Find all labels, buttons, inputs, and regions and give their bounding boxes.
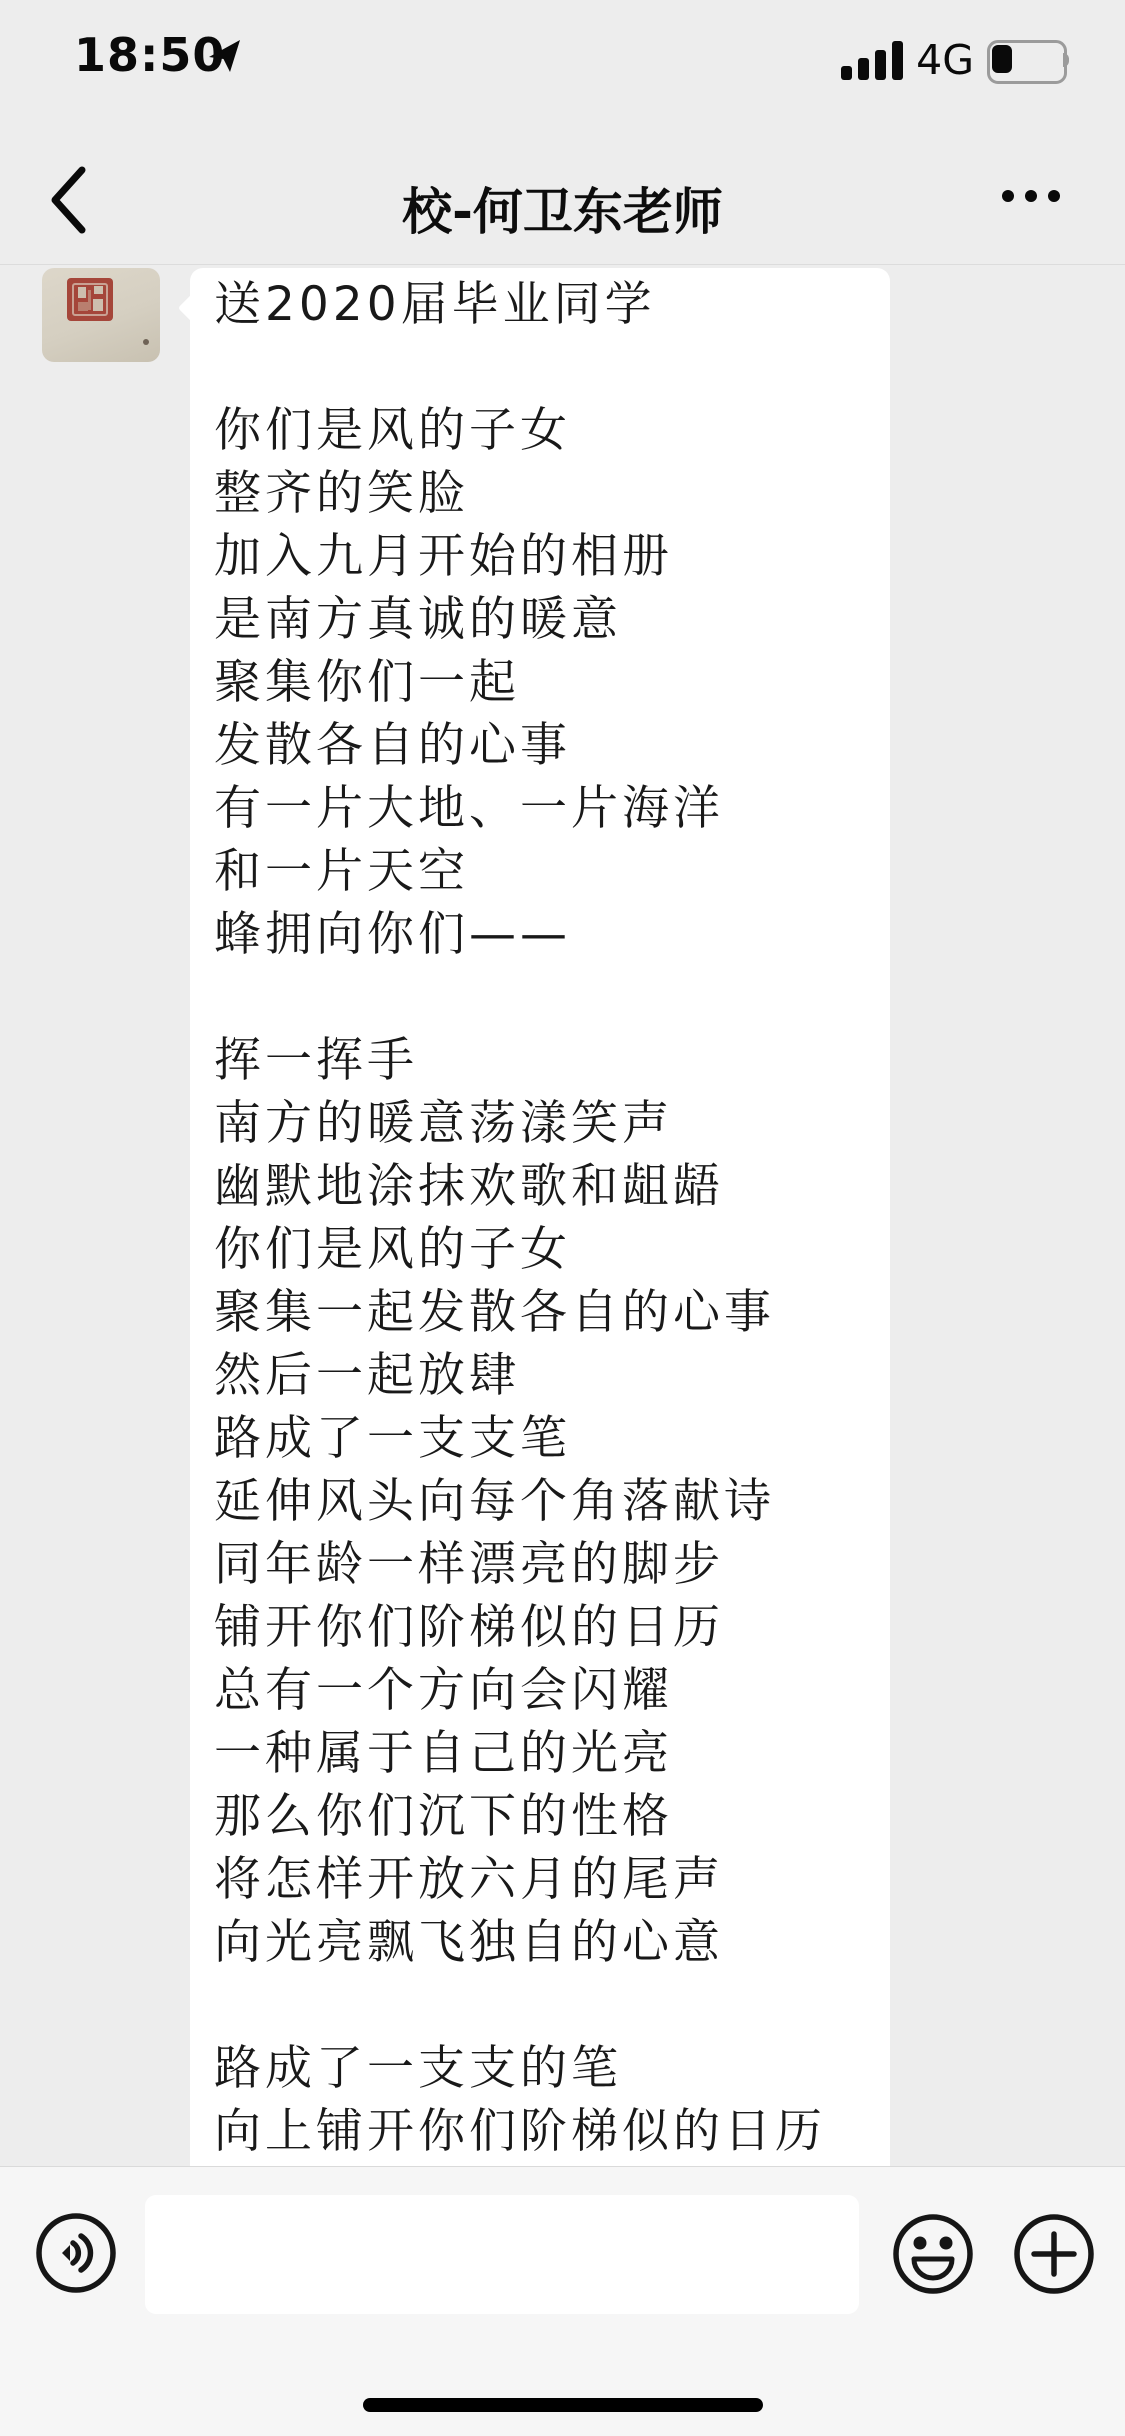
message-line: 整齐的笑脸 — [214, 462, 870, 525]
message-input[interactable] — [145, 2195, 859, 2314]
header: 18:50 4G 校-何卫东老师 — [0, 0, 1125, 265]
message-line: 路成了一支支的笔 — [214, 2037, 870, 2100]
message-line: 发散各自的心事 — [214, 714, 870, 777]
message-line: 聚集一起发散各自的心事 — [214, 1281, 870, 1344]
message-line: 挥一挥手 — [214, 1029, 870, 1092]
chat-title: 校-何卫东老师 — [0, 172, 1125, 244]
message-line: 你们是风的子女 — [214, 399, 870, 462]
network-type-label: 4G — [916, 36, 974, 84]
message-line: 和一片天空 — [214, 840, 870, 903]
chat-area: 送2020届毕业同学 你们是风的子女整齐的笑脸加入九月开始的相册是南方真诚的暖意… — [0, 265, 1125, 2166]
plus-button[interactable] — [1012, 2212, 1096, 2296]
message-line: 你们是风的子女 — [214, 1218, 870, 1281]
message-line: 加入九月开始的相册 — [214, 525, 870, 588]
message-line: 南方的暖意荡漾笑声 — [214, 1092, 870, 1155]
message-line: 聚集你们一起 — [214, 651, 870, 714]
status-right-cluster: 4G — [841, 36, 1073, 84]
signal-bars-icon — [841, 40, 903, 80]
message-line: 总有一个方向会闪耀 — [214, 1659, 870, 1722]
message-line: 向光亮飘飞独自的心意 — [214, 1911, 870, 1974]
message-line: 将怎样开放六月的尾声 — [214, 1848, 870, 1911]
message-line: 有一片大地、一片海洋 — [214, 777, 870, 840]
emoji-button[interactable] — [891, 2212, 975, 2296]
message-line: 铺开你们阶梯似的日历 — [214, 1596, 870, 1659]
home-indicator[interactable] — [363, 2398, 763, 2412]
message-line: 向上铺开你们阶梯似的日历 — [214, 2100, 870, 2163]
status-time: 18:50 — [74, 28, 225, 82]
message-line: 那么你们沉下的性格 — [214, 1785, 870, 1848]
message-line: 一种属于自己的光亮 — [214, 1722, 870, 1785]
voice-input-button[interactable] — [34, 2211, 118, 2295]
message-text: 送2020届毕业同学 你们是风的子女整齐的笑脸加入九月开始的相册是南方真诚的暖意… — [214, 273, 870, 2163]
message-bubble[interactable]: 送2020届毕业同学 你们是风的子女整齐的笑脸加入九月开始的相册是南方真诚的暖意… — [190, 268, 890, 2166]
wechat-chat-screen: 18:50 4G 校-何卫东老师 — [0, 0, 1125, 2436]
red-seal-stamp-icon — [42, 268, 160, 362]
message-line — [214, 336, 870, 399]
input-toolbar — [0, 2166, 1125, 2436]
message-line: 幽默地涂抹欢歌和龃龉 — [214, 1155, 870, 1218]
message-line — [214, 1974, 870, 2037]
message-line: 同年龄一样漂亮的脚步 — [214, 1533, 870, 1596]
battery-icon — [987, 40, 1073, 80]
message-line: 蜂拥向你们—— — [214, 903, 870, 966]
message-line — [214, 966, 870, 1029]
message-line: 送2020届毕业同学 — [214, 273, 870, 336]
bubble-tail — [178, 294, 206, 322]
message-line: 然后一起放肆 — [214, 1344, 870, 1407]
more-button[interactable] — [1002, 190, 1060, 202]
location-services-icon — [206, 36, 244, 74]
message-line: 是南方真诚的暖意 — [214, 588, 870, 651]
message-line: 延伸风头向每个角落献诗 — [214, 1470, 870, 1533]
message-line: 路成了一支支笔 — [214, 1407, 870, 1470]
avatar[interactable] — [42, 268, 160, 362]
